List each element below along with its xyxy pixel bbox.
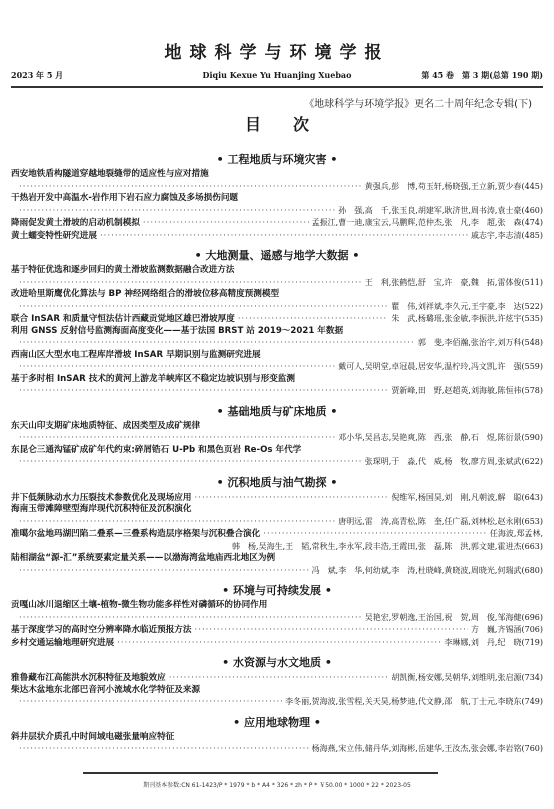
article-authors: 李琳娜,刘 丹,纪 晓 <box>444 637 521 649</box>
toc-entry[interactable]: 东昆仑三通沟锰矿成矿年代约束:碎屑锆石 U-Pb 和黑色页岩 Re-Os 年代学… <box>11 445 543 469</box>
article-authors: 邓小华,吴昌志,吴艳爽,陈 西,张 静,石 煜,陈衍景 <box>338 432 521 444</box>
dot-leader <box>100 231 468 243</box>
special-issue-title: 《地球科学与环境学报》更名二十周年纪念专辑(下) <box>304 95 532 110</box>
dot-leader <box>117 638 441 650</box>
article-page: (460) <box>521 205 543 217</box>
toc-entry[interactable]: 雅鲁藏布江高能洪水沉积特征及地貌效应胡凯衡,杨安娜,吴朝华,刘维明,张启源(73… <box>11 672 543 685</box>
article-title[interactable]: 井下低频脉动水力压裂技术参数优化及现场应用 <box>11 493 191 505</box>
article-page: (578) <box>521 385 543 397</box>
toc-entry[interactable]: 干热岩开发中高温水-岩作用下岩石应力腐蚀及多场损伤问题孙 强,高 千,张玉良,胡… <box>11 193 543 217</box>
article-title[interactable]: 海南玉带滩障壁型海岸现代沉积特征及沉积演化 <box>11 504 543 516</box>
article-authors: 胡凯衡,杨安娜,吴朝华,刘维明,张启源 <box>391 672 521 684</box>
article-page: (760) <box>521 743 543 755</box>
article-authors: 郭 斐,李佰瀚,张治宇,刘万科 <box>418 337 522 349</box>
dot-leader <box>19 338 415 350</box>
dot-leader <box>19 517 335 529</box>
toc-entry[interactable]: 乡村交通运输地理研究进展李琳娜,刘 丹,纪 晓(719) <box>11 637 543 650</box>
article-page: (719) <box>521 637 543 649</box>
toc-heading-char-2: 次 <box>293 115 309 134</box>
toc-entry[interactable]: 基于多时相 InSAR 技术的黄河上游龙羊峡库区不稳定边坡识别与形变监测贾新峰,… <box>11 374 543 398</box>
article-page: (706) <box>521 624 543 636</box>
article-page: (535) <box>521 313 543 325</box>
article-title[interactable]: 利用 GNSS 反射信号监测海面高度变化——基于法国 BRST 站 2019～2… <box>11 326 543 338</box>
dot-leader <box>19 457 362 469</box>
dot-leader <box>19 182 362 194</box>
article-authors: 唐明远,雷 涛,高青松,陈 奎,任广磊,刘林松,赵永刚 <box>338 516 521 528</box>
article-authors: 张琛明,于 淼,代 威,杨 牧,廖方周,张斌武 <box>365 456 522 468</box>
dot-leader <box>19 566 309 578</box>
article-title[interactable]: 黄土蠕变特性研究进展 <box>11 231 97 243</box>
toc-entry[interactable]: 利用 GNSS 反射信号监测海面高度变化——基于法国 BRST 站 2019～2… <box>11 326 543 350</box>
toc-content: • 工程地质与环境灾害 •西安地铁盾构隧道穿越地裂缝带的适应性与应对措施黄强兵,… <box>11 150 543 756</box>
article-title[interactable]: 联合 InSAR 和质量守恒法估计西藏贡觉地区雄巴滑坡厚度 <box>11 314 235 326</box>
article-title[interactable]: 陆相湖盆“源-汇”系统要素定量关系——以渤海湾盆地庙西北地区为例 <box>11 553 543 565</box>
article-authors: 王 利,张鹤恺,舒 宝,许 豪,魏 拓,雷体俊 <box>365 277 522 289</box>
article-page: (548) <box>521 337 543 349</box>
article-title[interactable]: 改进哈里斯鹰优化算法与 BP 神经网络组合的滑坡位移高精度预测模型 <box>11 289 543 301</box>
toc-heading: 目次 <box>0 112 554 135</box>
article-title[interactable]: 贡嘎山冰川退缩区土壤-植物-微生物功能多样性对磷循环的协同作用 <box>11 600 543 612</box>
article-authors: 吴艳宏,罗朝逸,王治国,祝 贺,周 俊,邹海健 <box>365 612 522 624</box>
article-authors: 贾新峰,田 野,赵超英,刘海敏,陈恒祎 <box>391 385 521 397</box>
section-heading: • 应用地球物理 • <box>11 713 543 732</box>
journal-title: 地球科学与环境学报 <box>0 38 554 63</box>
article-page: (643) <box>521 492 543 504</box>
article-authors: 朱 武,杨璐瑶,张金敏,李振洪,许炫宇 <box>391 313 521 325</box>
article-page: (622) <box>521 456 543 468</box>
dot-leader <box>19 302 388 314</box>
toc-entry[interactable]: 改进哈里斯鹰优化算法与 BP 神经网络组合的滑坡位移高精度预测模型瞿 伟,刘祥斌… <box>11 289 543 313</box>
dot-leader <box>169 673 389 685</box>
dot-leader <box>19 386 388 398</box>
article-page: (474) <box>521 217 543 229</box>
toc-entry[interactable]: 联合 InSAR 和质量守恒法估计西藏贡觉地区雄巴滑坡厚度朱 武,杨璐瑶,张金敏… <box>11 313 543 326</box>
dot-leader <box>19 613 362 625</box>
article-title[interactable]: 西安地铁盾构隧道穿越地裂缝带的适应性与应对措施 <box>11 169 543 181</box>
dot-leader <box>238 314 388 326</box>
article-page: (653) <box>521 516 543 528</box>
article-authors: 韩 杨,吴海生,王 韬,常秋生,李永军,段丰浩,王霞田,张 磊,陈 洪,郭文建,… <box>232 542 521 551</box>
section-heading: • 基础地质与矿床地质 • <box>11 402 543 421</box>
article-page: (590) <box>521 432 543 444</box>
dot-leader <box>19 362 335 374</box>
article-title[interactable]: 东天山印支期矿床地质特征、成因类型及成矿规律 <box>11 421 543 433</box>
section-heading: • 沉积地质与油气勘探 • <box>11 473 543 492</box>
article-page: (696) <box>521 612 543 624</box>
article-page: (445) <box>521 181 543 193</box>
article-page: (749) <box>521 696 543 708</box>
toc-entry[interactable]: 准噶尔盆地玛湖凹陷二叠系—三叠系构造层序格架与沉积叠合演化任海波,郑孟林,韩 杨… <box>11 528 543 553</box>
article-page: (663) <box>521 542 543 551</box>
toc-entry[interactable]: 西安地铁盾构隧道穿越地裂缝带的适应性与应对措施黄强兵,彭 博,苟玉轩,杨晓强,王… <box>11 169 543 193</box>
article-title[interactable]: 西南山区大型水电工程库岸滑坡 InSAR 早期识别与监测研究进展 <box>11 350 543 362</box>
toc-entry[interactable]: 贡嘎山冰川退缩区土壤-植物-微生物功能多样性对磷循环的协同作用吴艳宏,罗朝逸,王… <box>11 600 543 624</box>
footer-rule <box>83 772 438 774</box>
header-rule <box>11 86 543 88</box>
article-title[interactable]: 干热岩开发中高温水-岩作用下岩石应力腐蚀及多场损伤问题 <box>11 193 543 205</box>
section-heading: • 水资源与水文地质 • <box>11 653 543 672</box>
dot-leader <box>19 206 335 218</box>
issue-meta-row: 2023 年 5 月 Diqiu Kexue Yu Huanjing Xueba… <box>11 70 543 84</box>
article-page: (522) <box>521 301 543 313</box>
toc-entry[interactable]: 黄土蠕变特性研究进展戚志宇,李志清(485) <box>11 230 543 243</box>
dot-leader <box>19 697 282 709</box>
article-authors: 戴可人,吴明堂,卓冠晨,居安华,温柠玲,冯文凯,许 强 <box>338 361 521 373</box>
article-title[interactable]: 准噶尔盆地玛湖凹陷二叠系—三叠系构造层序格架与沉积叠合演化 <box>11 529 260 541</box>
toc-entry[interactable]: 基于特征优选和逐步回归的黄土滑坡监测数据融合改进方法王 利,张鹤恺,舒 宝,许 … <box>11 265 543 289</box>
article-title[interactable]: 基于深度学习的高时空分辨率降水临近预报方法 <box>11 625 191 637</box>
journal-parameters: 期刊基本参数:CN 61-1423/P * 1979 * b * A4 * 32… <box>0 780 554 789</box>
article-title[interactable]: 基于多时相 InSAR 技术的黄河上游龙羊峡库区不稳定边坡识别与形变监测 <box>11 374 543 386</box>
article-title[interactable]: 乡村交通运输地理研究进展 <box>11 638 114 650</box>
article-page: (680) <box>521 565 543 577</box>
toc-entry[interactable]: 陆相湖盆“源-汇”系统要素定量关系——以渤海湾盆地庙西北地区为例冯 斌,李 华,… <box>11 553 543 577</box>
article-title[interactable]: 斜井层状介质孔中时间域电磁张量响应特征 <box>11 732 543 744</box>
toc-entry[interactable]: 东天山印支期矿床地质特征、成因类型及成矿规律邓小华,吴昌志,吴艳爽,陈 西,张 … <box>11 421 543 445</box>
dot-leader <box>19 744 309 756</box>
toc-entry[interactable]: 井下低频脉动水力压裂技术参数优化及现场应用倪维军,杨国昊,刘 刚,凡朝波,解 聪… <box>11 492 543 505</box>
article-authors: 孙 强,高 千,张玉良,胡建军,耿济世,周书涛,袁士豪 <box>338 205 521 217</box>
dot-leader <box>19 278 362 290</box>
article-page: (511) <box>521 277 543 289</box>
article-authors: 孟振江,曹一迪,康宝云,马鹏辉,范仲杰,张 凡,李 超,张 森 <box>312 217 522 229</box>
article-authors: 倪维军,杨国昊,刘 刚,凡朝波,解 聪 <box>391 492 521 504</box>
dot-leader <box>194 493 388 505</box>
article-page: (485) <box>521 230 543 242</box>
toc-page: 地球科学与环境学报 2023 年 5 月 Diqiu Kexue Yu Huan… <box>0 0 554 809</box>
dot-leader <box>263 529 487 541</box>
toc-entry[interactable]: 柴达木盆地东北部巴音河小流域水化学特征及来源李冬丽,贺海波,张雪程,关天昊,杨梦… <box>11 685 543 709</box>
article-title[interactable]: 柴达木盆地东北部巴音河小流域水化学特征及来源 <box>11 685 543 697</box>
toc-entry[interactable]: 基于深度学习的高时空分辨率降水临近预报方法方 巍,齐锡涵(706) <box>11 624 543 637</box>
toc-entry[interactable]: 降雨促发黄土滑坡的启动机制模拟孟振江,曹一迪,康宝云,马鹏辉,范仲杰,张 凡,李… <box>11 217 543 230</box>
article-authors: 瞿 伟,刘祥斌,李久元,王宇豪,李 达 <box>391 301 521 313</box>
article-page: (734) <box>521 672 543 684</box>
toc-heading-char-1: 目 <box>245 115 261 134</box>
section-heading: • 大地测量、遥感与地学大数据 • <box>11 246 543 265</box>
article-authors-line1: 任海波,郑孟林, <box>490 528 543 540</box>
article-title[interactable]: 东昆仑三通沟锰矿成矿年代约束:碎屑锆石 U-Pb 和黑色页岩 Re-Os 年代学 <box>11 445 543 457</box>
section-heading: • 工程地质与环境灾害 • <box>11 150 543 169</box>
article-authors: 方 巍,齐锡涵 <box>471 624 522 636</box>
dot-leader <box>194 625 467 637</box>
article-authors: 黄强兵,彭 博,苟玉轩,杨晓强,王立新,贾少春 <box>365 181 522 193</box>
article-title[interactable]: 雅鲁藏布江高能洪水沉积特征及地貌效应 <box>11 673 166 685</box>
toc-entry[interactable]: 海南玉带滩障壁型海岸现代沉积特征及沉积演化唐明远,雷 涛,高青松,陈 奎,任广磊… <box>11 504 543 528</box>
article-authors: 杨海燕,宋立伟,储丹华,刘海彬,岳建华,王汝杰,张会娜,李岩铭 <box>312 743 522 755</box>
dot-leader <box>143 218 309 230</box>
article-title[interactable]: 降雨促发黄土滑坡的启动机制模拟 <box>11 218 140 230</box>
issue-volume-number: 第 45 卷 第 3 期(总第 190 期) <box>421 70 543 81</box>
dot-leader <box>19 433 335 445</box>
article-page: (559) <box>521 361 543 373</box>
article-title[interactable]: 基于特征优选和逐步回归的黄土滑坡监测数据融合改进方法 <box>11 265 543 277</box>
article-authors: 冯 斌,李 华,何幼斌,李 涛,杜晓峰,黄晓波,周晓光,何瑞武 <box>312 565 522 577</box>
article-authors: 戚志宇,李志清 <box>471 230 522 242</box>
article-authors: 李冬丽,贺海波,张雪程,关天昊,杨梦迪,代文静,邵 航,丁士元,李晓东 <box>285 696 521 708</box>
toc-entry[interactable]: 斜井层状介质孔中时间域电磁张量响应特征杨海燕,宋立伟,储丹华,刘海彬,岳建华,王… <box>11 732 543 756</box>
toc-entry[interactable]: 西南山区大型水电工程库岸滑坡 InSAR 早期识别与监测研究进展戴可人,吴明堂,… <box>11 350 543 374</box>
section-heading: • 环境与可持续发展 • <box>11 581 543 600</box>
